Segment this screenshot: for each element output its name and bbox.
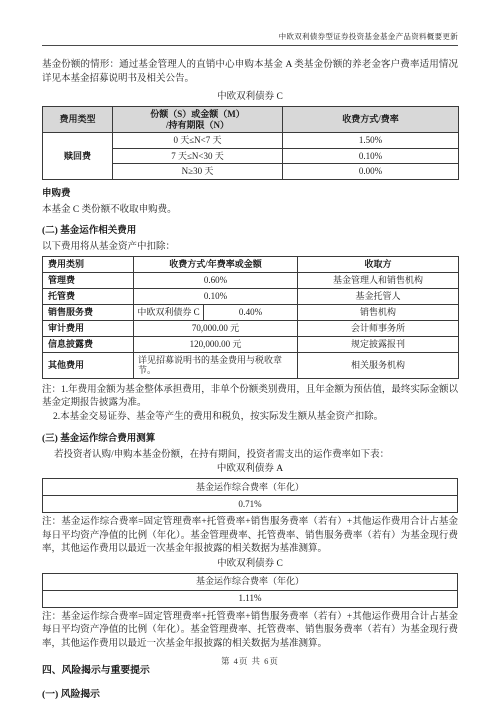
- comprehensive-section-intro: 若投资者认购/申购本基金份额，在持有期间，投资者需支出的运作费率如下表：: [42, 449, 458, 461]
- table-row: 信息披露费 120,000.00 元 规定披露报刊: [43, 336, 459, 352]
- subscription-fee-title: 申购费: [42, 188, 458, 200]
- comprehensive-section-title: (三) 基金运作综合费用测算: [42, 433, 458, 445]
- header-fee-type: 费用类型: [43, 107, 113, 133]
- page-content: 中欧双利债券型证券投资基金基金产品资料概要更新 基金份额的情形：通过基金管理人的…: [0, 0, 500, 701]
- comprehensive-note-c: 注：基金运作综合费率=固定管理费率+托管费率+销售服务费率（若有）+其他运作费用…: [42, 611, 458, 652]
- fee-label: 其他费用: [43, 352, 134, 378]
- table-header-row: 基金运作综合费率（年化）: [43, 573, 458, 590]
- header-method: 收费方式/年费率或金额: [134, 256, 298, 272]
- fee-label: 信息披露费: [43, 336, 134, 352]
- header-charge-rate: 收费方式/费率: [283, 107, 459, 133]
- table-row: 管理费 0.60% 基金管理人和销售机构: [43, 272, 459, 288]
- fee-value: 详见招募说明书的基金费用与税收章节。: [134, 352, 298, 378]
- comprehensive-rate-value: 0.71%: [43, 496, 458, 513]
- subscription-fee-body: 本基金 C 类份额不收取申购费。: [42, 204, 458, 216]
- redemption-table-head: 费用类型 份额（S）或金额（M） /持有期限（N） 收费方式/费率: [43, 107, 459, 133]
- fee-receiver: 销售机构: [298, 304, 459, 320]
- comprehensive-rate-value: 1.11%: [43, 590, 458, 607]
- comprehensive-rate-table-c: 基金运作综合费率（年化） 1.11%: [42, 573, 458, 608]
- comprehensive-table-a-body: 基金运作综合费率（年化） 0.71%: [43, 479, 458, 513]
- table-row: 0.71%: [43, 496, 458, 513]
- rate-cell: 1.50%: [283, 133, 459, 149]
- operation-table-body: 管理费 0.60% 基金管理人和销售机构 托管费 0.10% 基金托管人 销售服…: [43, 272, 459, 378]
- table-header-row: 费用类别 收费方式/年费率或金额 收取方: [43, 256, 459, 272]
- condition-cell: N≥30 天: [113, 164, 283, 180]
- comprehensive-rate-header: 基金运作综合费率（年化）: [43, 479, 458, 496]
- table-row: 1.11%: [43, 590, 458, 607]
- fee-value: 0.60%: [134, 272, 298, 288]
- comprehensive-table-c-body: 基金运作综合费率（年化） 1.11%: [43, 573, 458, 607]
- fee-label: 管理费: [43, 272, 134, 288]
- header-share-line2: /持有期限（N）: [116, 120, 279, 131]
- operation-note-2: 2.本基金交易证券、基金等产生的费用和税负，按实际发生额从基金资产扣除。: [42, 411, 458, 425]
- page-header-title: 中欧双利债券型证券投资基金基金产品资料概要更新: [279, 32, 458, 41]
- comprehensive-rate-table-a: 基金运作综合费率（年化） 0.71%: [42, 478, 458, 513]
- table-row: 托管费 0.10% 基金托管人: [43, 288, 459, 304]
- fee-receiver: 相关服务机构: [298, 352, 459, 378]
- fee-value: 70,000.00 元: [134, 320, 298, 336]
- document-page: 中欧双利债券型证券投资基金基金产品资料概要更新 基金份额的情形：通过基金管理人的…: [0, 0, 500, 707]
- fee-label: 托管费: [43, 288, 134, 304]
- fee-sub-value: 0.40%: [204, 304, 298, 320]
- redemption-table-caption: 中欧双利债券 C: [42, 92, 458, 103]
- fee-label: 审计费用: [43, 320, 134, 336]
- rate-cell: 0.10%: [283, 148, 459, 164]
- fee-label: 销售服务费: [43, 304, 134, 320]
- fee-sub-label: 中欧双利债券 C: [134, 304, 204, 320]
- redemption-fee-table: 费用类型 份额（S）或金额（M） /持有期限（N） 收费方式/费率 赎回费 0 …: [42, 106, 459, 180]
- intro-paragraph: 基金份额的情形：通过基金管理人的直销中心申购本基金 A 类基金份额的养老金客户费…: [42, 59, 458, 86]
- table-row: 其他费用 详见招募说明书的基金费用与税收章节。 相关服务机构: [43, 352, 459, 378]
- comprehensive-table-a-caption: 中欧双利债券 A: [42, 464, 458, 475]
- operation-fee-table: 费用类别 收费方式/年费率或金额 收取方 管理费 0.60% 基金管理人和销售机…: [42, 256, 459, 379]
- fee-receiver: 基金管理人和销售机构: [298, 272, 459, 288]
- table-header-row: 基金运作综合费率（年化）: [43, 479, 458, 496]
- redemption-table-body: 赎回费 0 天≤N<7 天 1.50% 7 天≤N<30 天 0.10% N≥3…: [43, 133, 459, 180]
- comprehensive-note-a: 注：基金运作综合费率=固定管理费率+托管费率+销售服务费率（若有）+其他运作费用…: [42, 516, 458, 557]
- operation-section-intro: 以下费用将从基金资产中扣除：: [42, 241, 458, 253]
- header-receiver: 收取方: [298, 256, 459, 272]
- table-row: 销售服务费 中欧双利债券 C 0.40% 销售机构: [43, 304, 459, 320]
- rate-cell: 0.00%: [283, 164, 459, 180]
- fee-value: 120,000.00 元: [134, 336, 298, 352]
- comprehensive-rate-header: 基金运作综合费率（年化）: [43, 573, 458, 590]
- fee-receiver: 基金托管人: [298, 288, 459, 304]
- table-row: 赎回费 0 天≤N<7 天 1.50%: [43, 133, 459, 149]
- comprehensive-table-c-caption: 中欧双利债券 C: [42, 559, 458, 570]
- operation-table-head: 费用类别 收费方式/年费率或金额 收取方: [43, 256, 459, 272]
- page-header: 中欧双利债券型证券投资基金基金产品资料概要更新: [42, 0, 458, 46]
- fee-receiver: 会计师事务所: [298, 320, 459, 336]
- condition-cell: 7 天≤N<30 天: [113, 148, 283, 164]
- fee-value: 0.10%: [134, 288, 298, 304]
- header-share-amount: 份额（S）或金额（M） /持有期限（N）: [113, 107, 283, 133]
- operation-note-1: 注：1.年费用金额为基金整体承担费用，非单个份额类别费用，且年金额为预估值，最终…: [42, 384, 458, 411]
- table-row: 审计费用 70,000.00 元 会计师事务所: [43, 320, 459, 336]
- operation-section-title: (二) 基金运作相关费用: [42, 225, 458, 237]
- header-fee-category: 费用类别: [43, 256, 134, 272]
- risk-subsection-title: (一) 风险揭示: [42, 689, 458, 701]
- condition-cell: 0 天≤N<7 天: [113, 133, 283, 149]
- redemption-fee-label: 赎回费: [43, 133, 113, 180]
- fee-receiver: 规定披露报刊: [298, 336, 459, 352]
- header-share-line1: 份额（S）或金额（M）: [116, 109, 279, 120]
- table-header-row: 费用类型 份额（S）或金额（M） /持有期限（N） 收费方式/费率: [43, 107, 459, 133]
- page-number-footer: 第 4页 共 6页: [0, 655, 500, 667]
